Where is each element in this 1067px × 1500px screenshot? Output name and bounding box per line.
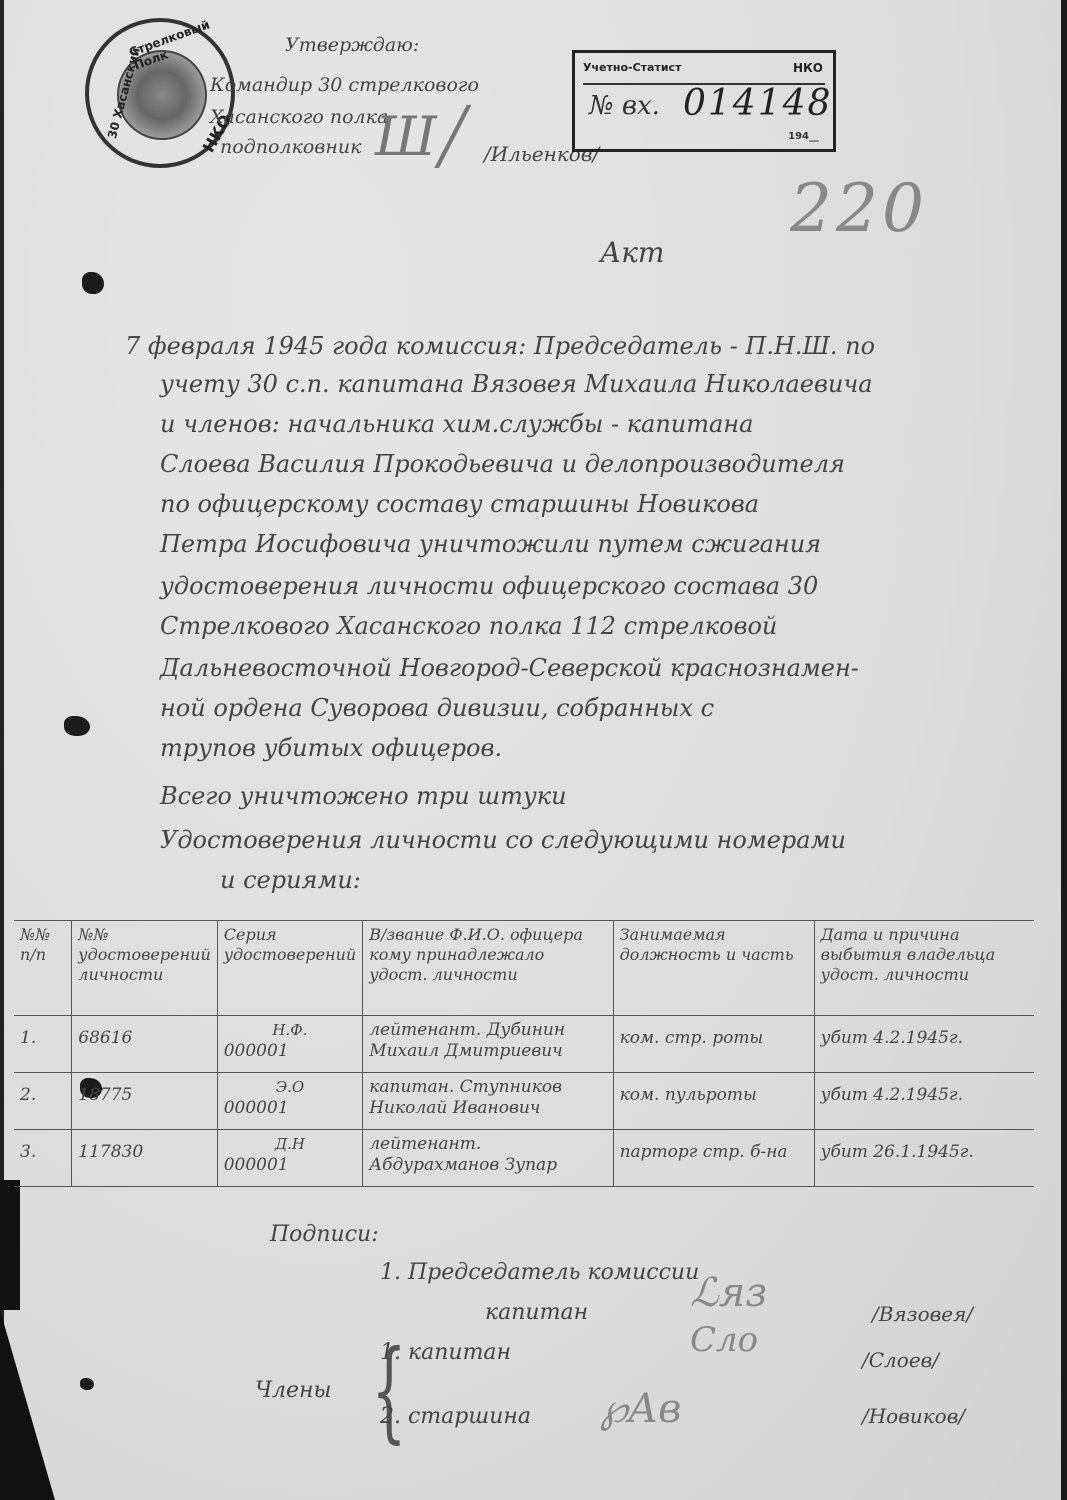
position: ком. пульроты [613, 1073, 814, 1130]
col-header-position: Занимаемая должность и часть [613, 921, 814, 1016]
body-line: 7 февраля 1945 года комиссия: Председате… [125, 332, 875, 360]
approval-line-4: подполковник [220, 136, 361, 158]
member2-name: /Новиков/ [862, 1404, 965, 1428]
body-line: Петра Иосифовича уничтожили путем сжиган… [160, 530, 821, 558]
table-row: 2. 18775 Э.О 000001 капитан. Ступников Н… [14, 1073, 1034, 1130]
rank: лейтенант. [369, 1020, 481, 1040]
body-line: Дальневосточной Новгород-Северской красн… [160, 654, 859, 682]
given-names: Абдурахманов Зупар [369, 1155, 557, 1175]
body-line: ной ордена Суворова дивизии, собранных с [160, 694, 714, 722]
body-line: Слоева Василия Прокодьевича и делопроизв… [160, 450, 845, 478]
body-line: и членов: начальника хим.службы - капита… [160, 410, 753, 438]
series: Э.О 000001 [217, 1073, 362, 1130]
body-line: и сериями: [220, 866, 361, 894]
document-title: Акт [600, 236, 664, 269]
registry-stamp: Учетно-Статист НКО № вх. 014148 194__ [572, 50, 836, 152]
surname: Дубинин [487, 1020, 565, 1040]
series-number: 000001 [224, 1041, 289, 1061]
series-letters: Э.О [224, 1077, 356, 1098]
body-line: учету 30 с.п. капитана Вязовея Михаила Н… [160, 370, 873, 398]
rank-name: капитан. Ступников Николай Иванович [363, 1073, 613, 1130]
id-number: 18775 [72, 1073, 217, 1130]
chairman-signature: ℒяз [690, 1270, 767, 1316]
row-number: 1. [14, 1016, 72, 1073]
rank-name: лейтенант. Дубинин Михаил Дмитриевич [363, 1016, 613, 1073]
approval-line-2: Командир 30 стрелкового [210, 74, 479, 96]
position: парторг стр. б-на [613, 1130, 814, 1187]
chairman-name: /Вязовея/ [872, 1302, 973, 1326]
page-corner-folded [0, 1310, 55, 1500]
punch-hole [64, 716, 90, 736]
body-line: Удостоверения личности со следующими ном… [160, 826, 846, 854]
member2-signature: ℘Ав [600, 1386, 681, 1432]
members-label: Члены [255, 1378, 331, 1403]
member1-label: 1. капитан [380, 1340, 511, 1365]
col-header-number: №№ п/п [14, 921, 72, 1016]
date-reason: убит 4.2.1945г. [814, 1016, 1034, 1073]
date-reason: убит 26.1.1945г. [814, 1130, 1034, 1187]
row-number: 2. [14, 1073, 72, 1130]
commander-signature: Ш╱ [375, 105, 469, 168]
row-number: 3. [14, 1130, 72, 1187]
rank: лейтенант. [369, 1134, 481, 1154]
col-header-id-number: №№ удостоверений личности [72, 921, 217, 1016]
body-line: трупов убитых офицеров. [160, 734, 502, 762]
col-header-date-reason: Дата и причина выбытия владельца удост. … [814, 921, 1034, 1016]
rank: капитан. [369, 1077, 454, 1097]
registry-number-label: № вх. [589, 91, 660, 121]
registry-number: 014148 [683, 83, 832, 124]
sheet-number: 220 [790, 170, 928, 247]
col-header-series: Серия удостоверений [217, 921, 362, 1016]
member1-signature: Сло [690, 1320, 758, 1360]
body-line: удостоверения личности офицерского соста… [160, 572, 818, 600]
given-names: Михаил Дмитриевич [369, 1041, 563, 1061]
rank-name: лейтенант. Абдурахманов Зупар [363, 1130, 613, 1187]
series-letters: Д.Н [224, 1134, 356, 1155]
registry-stamp-org: НКО [793, 61, 823, 75]
member2-label: 2. старшина [380, 1404, 531, 1429]
body-line: Стрелкового Хасанского полка 112 стрелко… [160, 612, 777, 640]
signatures-heading: Подписи: [270, 1222, 379, 1247]
chairman-label: 1. Председатель комиссии [380, 1260, 699, 1285]
series-number: 000001 [224, 1155, 289, 1175]
table-header-row: №№ п/п №№ удостоверений личности Серия у… [14, 921, 1034, 1016]
table-row: 1. 68616 Н.Ф. 000001 лейтенант. Дубинин … [14, 1016, 1034, 1073]
series: Д.Н 000001 [217, 1130, 362, 1187]
approval-line-1: Утверждаю: [285, 34, 419, 56]
page-edge-torn [0, 1180, 20, 1310]
registry-stamp-header: Учетно-Статист [583, 61, 681, 74]
registry-year: 194__ [788, 131, 819, 142]
date-reason: убит 4.2.1945г. [814, 1073, 1034, 1130]
series-number: 000001 [224, 1098, 289, 1118]
series: Н.Ф. 000001 [217, 1016, 362, 1073]
given-names: Николай Иванович [369, 1098, 540, 1118]
member1-name: /Слоев/ [862, 1348, 939, 1372]
col-header-rank-name: В/звание Ф.И.О. офицера кому принадлежал… [363, 921, 613, 1016]
id-number: 117830 [72, 1130, 217, 1187]
table-row: 3. 117830 Д.Н 000001 лейтенант. Абдурахм… [14, 1130, 1034, 1187]
id-number: 68616 [72, 1016, 217, 1073]
destroyed-ids-table: №№ п/п №№ удостоверений личности Серия у… [14, 920, 1034, 1187]
approval-line-3: Хасанского полка [210, 106, 388, 128]
surname: Ступников [460, 1077, 562, 1097]
page-edge-right [1061, 0, 1067, 1500]
body-line: Всего уничтожено три штуки [160, 782, 567, 810]
series-letters: Н.Ф. [224, 1020, 356, 1041]
body-line: по офицерскому составу старшины Новикова [160, 490, 759, 518]
position: ком. стр. роты [613, 1016, 814, 1073]
chairman-rank: капитан [485, 1300, 588, 1325]
punch-hole [80, 1378, 94, 1390]
punch-hole [82, 272, 104, 294]
